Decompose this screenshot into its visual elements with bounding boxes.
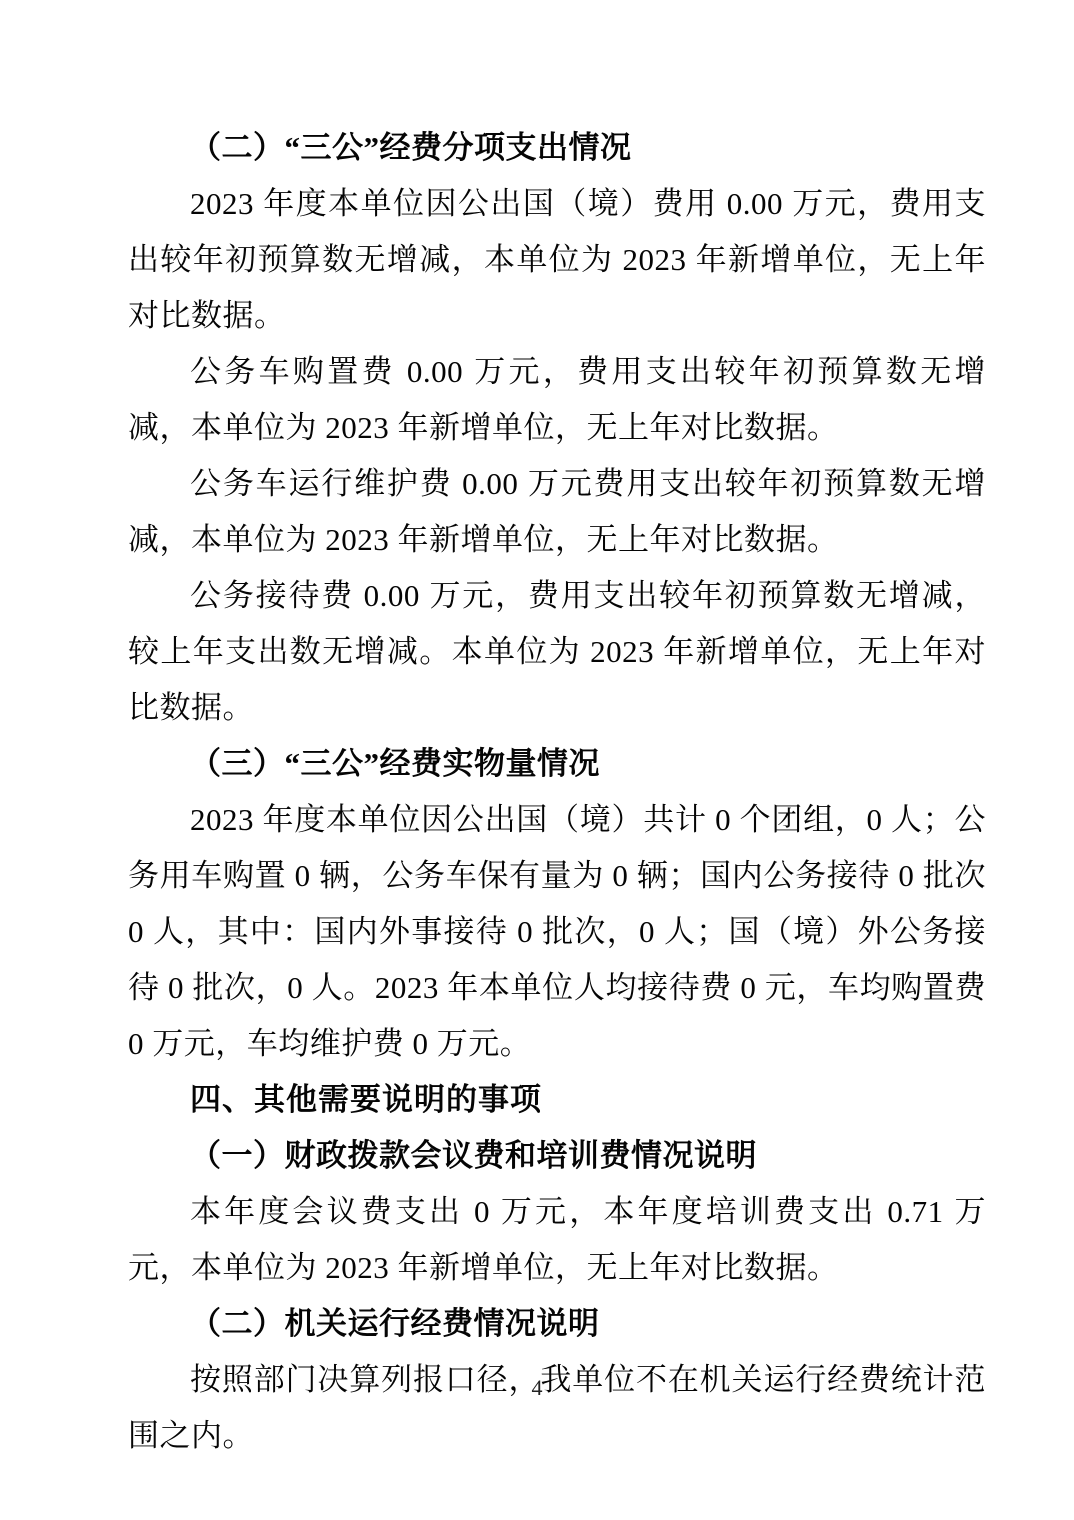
section-heading-sangong-physical: （三）“三公”经费实物量情况 <box>128 736 986 792</box>
page-number: 4 <box>532 1375 543 1400</box>
paragraph-vehicle-maintenance-expense: 公务车运行维护费 0.00 万元费用支出较年初预算数无增减，本单位为 2023 … <box>128 456 986 568</box>
paragraph-meeting-training-fee: 本年度会议费支出 0 万元，本年度培训费支出 0.71 万元，本单位为 2023… <box>128 1184 986 1296</box>
paragraph-vehicle-purchase-expense: 公务车购置费 0.00 万元，费用支出较年初预算数无增减，本单位为 2023 年… <box>128 344 986 456</box>
paragraph-official-reception-expense: 公务接待费 0.00 万元，费用支出较年初预算数无增减，较上年支出数无增减。本单… <box>128 568 986 736</box>
page-footer: 4 <box>0 1372 1074 1404</box>
paragraph-physical-quantities: 2023 年度本单位因公出国（境）共计 0 个团组，0 人；公务用车购置 0 辆… <box>128 792 986 1072</box>
paragraph-abroad-expense: 2023 年度本单位因公出国（境）费用 0.00 万元，费用支出较年初预算数无增… <box>128 176 986 344</box>
document-page: （二）“三公”经费分项支出情况2023 年度本单位因公出国（境）费用 0.00 … <box>0 0 1074 1520</box>
document-body: （二）“三公”经费分项支出情况2023 年度本单位因公出国（境）费用 0.00 … <box>128 120 986 1464</box>
paragraph-operating-expense: 按照部门决算列报口径，我单位不在机关运行经费统计范围之内。 <box>128 1352 986 1464</box>
section-heading-operating-expense: （二）机关运行经费情况说明 <box>128 1296 986 1352</box>
section-heading-sangong-itemized: （二）“三公”经费分项支出情况 <box>128 120 986 176</box>
section-heading-meeting-training-fee: （一）财政拨款会议费和培训费情况说明 <box>128 1128 986 1184</box>
section-heading-other-matters: 四、其他需要说明的事项 <box>128 1072 986 1128</box>
